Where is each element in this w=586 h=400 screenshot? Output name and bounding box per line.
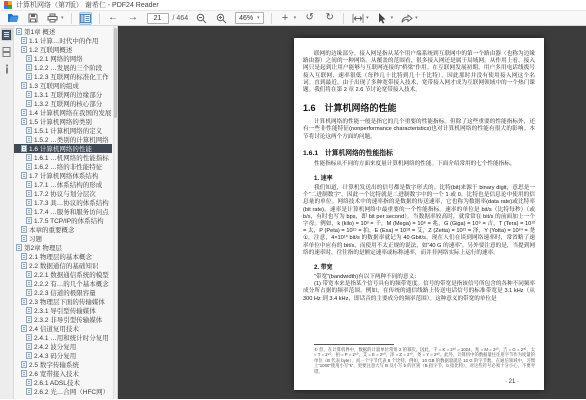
bookmark-page-icon xyxy=(26,388,32,395)
bookmark-item[interactable]: 1.5.1 计算机网络的定义 xyxy=(14,126,112,135)
bookmark-item[interactable]: 1.5 计算机网络的类别 xyxy=(14,117,112,126)
title-bar: 计算机网络（第7版） 谢希仁 - PDF24 Reader xyxy=(0,0,586,11)
bookmark-page-icon xyxy=(21,37,27,44)
open-file-button[interactable] xyxy=(6,12,19,25)
bookmark-page-icon xyxy=(21,361,27,368)
bookmark-label: 1.7.5 TCP/IP的体系结构 xyxy=(34,216,104,225)
bookmarks-sidebar: 第1章 概述 1.1 计算…时代中的作用 1.2 互联网概述 1.2.1 网络的… xyxy=(14,26,118,399)
bookmark-item[interactable]: 1.3.2 互联网的核心部分 xyxy=(14,99,112,108)
bookmark-label: 1.7 计算机网络体系结构 xyxy=(29,171,98,180)
bookmark-list: 第1章 概述 1.1 计算…时代中的作用 1.2 互联网概述 1.2.1 网络的… xyxy=(14,27,112,399)
bookmark-page-icon xyxy=(21,118,27,125)
page-block-para: 联网的边缘部分。接入网是指从某个用户端系统到互联网中的第一个路由器（也称为边缘路… xyxy=(303,51,535,94)
bookmark-label: 2.6.1 ADSL技术 xyxy=(34,378,80,387)
bookmark-label: 2.3.1 导引型传输媒体 xyxy=(34,306,96,315)
pdf-page: 联网的边缘部分。接入网是指从某个用户端系统到互联网中的第一个路由器（也称为边缘路… xyxy=(294,38,544,390)
sidebar-scrollbar[interactable] xyxy=(113,26,117,399)
bookmark-label: 1.4 计算机网络在我国的发展 xyxy=(29,108,111,117)
bookmark-item[interactable]: 第1章 概述 xyxy=(14,27,112,36)
app-logo-icon xyxy=(4,1,12,9)
bookmark-page-icon xyxy=(26,64,32,71)
share-button[interactable] xyxy=(400,12,413,25)
bookmark-page-icon xyxy=(26,199,32,206)
bookmark-item[interactable]: 习题 xyxy=(14,234,112,243)
bookmark-label: 1.3.2 互联网的核心部分 xyxy=(34,99,102,108)
bookmark-item[interactable]: 2.2.3 信道的极限容量 xyxy=(14,288,112,297)
bookmark-page-icon xyxy=(26,154,32,161)
bookmark-label: 1.7.1 …体系结构的形成 xyxy=(34,180,102,189)
bookmark-item[interactable]: 2.4 信道复用技术 xyxy=(14,324,112,333)
bookmark-item[interactable]: 1.7.4 …服务和服务访问点 xyxy=(14,207,112,216)
bookmark-item[interactable]: 1.7.2 协议与划分层次 xyxy=(14,189,112,198)
bookmark-item[interactable]: 1.6 计算机网络的性能 xyxy=(14,144,112,153)
save-button[interactable] xyxy=(26,12,39,25)
bookmark-label: 第1章 概述 xyxy=(24,27,55,36)
bookmark-page-icon xyxy=(21,262,27,269)
bookmark-label: 1.2.2 …发展的三个阶段 xyxy=(34,63,102,72)
bookmark-page-icon xyxy=(26,55,32,62)
bookmark-item[interactable]: 2.6.2 光…合网（HFC网） xyxy=(14,387,112,396)
zoom-level-value: 46% xyxy=(239,15,253,22)
bookmark-item[interactable]: 1.7.1 …体系结构的形成 xyxy=(14,180,112,189)
rotate-right-button[interactable]: ↻ xyxy=(323,12,336,25)
bookmark-item[interactable]: 2.2 数据通信的基础知识 xyxy=(14,261,112,270)
bookmark-page-icon xyxy=(26,163,32,170)
bookmark-page-icon xyxy=(21,145,27,152)
bookmark-item[interactable]: 1.7.5 TCP/IP的体系结构 xyxy=(14,216,112,225)
bookmark-page-icon xyxy=(26,136,32,143)
page-block-para: (1) 带宽本来是指某个信号具有的频带宽度。信号的带宽是指该信号所包含的各种不同… xyxy=(303,281,535,303)
bookmark-page-icon xyxy=(26,190,32,197)
thumbnails-panel-icon[interactable] xyxy=(1,45,13,58)
page-block-para: 性能指标从不同的方面来度量计算机网络的性能。下面介绍常用的七个性能指标。 xyxy=(303,161,535,168)
bookmark-item[interactable]: 1.6.2 …络的非性能特征 xyxy=(14,162,112,171)
print-caret-icon[interactable]: ▾ xyxy=(61,15,64,21)
page-number-input[interactable] xyxy=(147,13,169,24)
page-block-h1: 1.6 计算机网络的性能 xyxy=(303,101,535,114)
bookmark-item[interactable]: 第2章 物理层 xyxy=(14,243,112,252)
bookmark-page-icon xyxy=(26,91,32,98)
rotate-left-button[interactable]: ↺ xyxy=(303,12,316,25)
bookmark-item[interactable]: 2.5 数字传输系统 xyxy=(14,360,112,369)
sidebar-scrollbar-thumb[interactable] xyxy=(114,28,117,118)
zoom-out-icon[interactable] xyxy=(195,12,208,25)
bookmark-label: 本章的重要概念 xyxy=(29,225,75,234)
bookmark-page-icon xyxy=(16,28,22,35)
bookmark-item[interactable]: 2.1 物理层的基本概念 xyxy=(14,252,112,261)
page-total-label: / 464 xyxy=(173,15,189,22)
toolbar: ▾ ← → / 464 46% ▾ + ▾ ↺ ↻ xyxy=(0,11,586,26)
page-block-h3: 2. 带宽 xyxy=(314,262,535,271)
bookmark-label: 1.6.1 …机网络的性能指标 xyxy=(34,153,109,162)
toolbar-separator xyxy=(99,13,100,24)
bookmark-page-icon xyxy=(21,46,27,53)
bookmark-label: 2.6.2 光…合网（HFC网） xyxy=(34,387,109,396)
bookmark-item[interactable]: 2.3 物理层下面的传输媒体 xyxy=(14,297,112,306)
select-tool-caret-icon[interactable]: ▾ xyxy=(391,15,394,21)
toolbar-separator xyxy=(343,13,344,24)
bookmark-item[interactable]: 2.3.2 非导引型传输媒体 xyxy=(14,315,112,324)
print-button[interactable] xyxy=(46,12,59,25)
bookmark-item[interactable]: 2.2.2 有…的几个基本概念 xyxy=(14,279,112,288)
bookmark-item[interactable]: 1.2 互联网概述 xyxy=(14,45,112,54)
bookmark-page-icon xyxy=(21,298,27,305)
document-viewport[interactable]: 联网的边缘部分。接入网是指从某个用户端系统到互联网中的第一个路由器（也称为边缘路… xyxy=(118,26,586,399)
bookmark-page-icon xyxy=(21,109,27,116)
bookmark-label: 2.4.2 波分复用 xyxy=(34,342,76,351)
bookmark-page-icon xyxy=(21,325,27,332)
zoom-level-select[interactable]: 46% ▾ xyxy=(235,12,264,24)
bookmark-page-icon xyxy=(21,172,27,179)
bookmark-page-icon xyxy=(16,244,22,251)
add-annotation-button[interactable]: + xyxy=(279,12,292,25)
page-block-footnote: ① 但，在计算机界中，数据的计量单位常用 2 的幂次。因此，千 = K = 2¹… xyxy=(314,344,535,374)
bookmark-page-icon xyxy=(26,217,32,224)
bookmark-page-icon xyxy=(21,253,27,260)
bookmark-item[interactable]: 2.4.3 码分复用 xyxy=(14,351,112,360)
toolbar-separator xyxy=(71,13,72,24)
bookmark-item[interactable]: 2.3.1 导引型传输媒体 xyxy=(14,306,112,315)
bookmark-page-icon xyxy=(21,235,27,242)
page-block-para: 计算机网络的性能一般是指它的几个重要的性能指标。但除了这些重要的性能指标外，还有… xyxy=(303,119,535,141)
bookmark-label: 2.4.1 …用和统计时分复用 xyxy=(34,333,109,342)
bookmark-item[interactable]: 1.3 互联网的组成 xyxy=(14,81,112,90)
page-block-h3: 1. 速率 xyxy=(314,173,535,182)
bookmark-page-icon xyxy=(26,289,32,296)
bookmark-label: 2.1 物理层的基本概念 xyxy=(29,252,92,261)
app-window: 计算机网络（第7版） 谢希仁 - PDF24 Reader ▾ ← → / 46… xyxy=(0,0,586,400)
bookmark-label: 1.5.2 …类别的计算机网络 xyxy=(34,135,109,144)
next-page-button[interactable]: → xyxy=(127,12,140,25)
bookmark-item[interactable]: 1.1 计算…时代中的作用 xyxy=(14,36,112,45)
bookmark-page-icon xyxy=(26,334,32,341)
bookmark-item[interactable]: 1.3.1 互联网的边缘部分 xyxy=(14,90,112,99)
bookmark-item[interactable]: 1.6.1 …机网络的性能指标 xyxy=(14,153,112,162)
page-content: 联网的边缘部分。接入网是指从某个用户端系统到互联网中的第一个路由器（也称为边缘路… xyxy=(303,51,535,385)
bookmark-page-icon xyxy=(26,352,32,359)
page-block-para: 我们知道，计算机发送出的信号都是数字形式的。比特(bit)来源于 binary … xyxy=(303,185,535,257)
bookmark-item[interactable]: 2.2.1 数据通信系统的模型 xyxy=(14,270,112,279)
bookmark-item[interactable]: 1.2.1 网络的网络 xyxy=(14,54,112,63)
bookmark-item[interactable]: 2.6 宽带接入技术 xyxy=(14,369,112,378)
bookmark-label: 2.2.3 信道的极限容量 xyxy=(34,288,96,297)
bookmark-label: 2.5 数字传输系统 xyxy=(29,360,79,369)
bookmark-label: 2.3.2 非导引型传输媒体 xyxy=(34,315,102,324)
bookmark-label: 1.2 互联网概述 xyxy=(29,45,72,54)
bookmark-label: 1.7.2 协议与划分层次 xyxy=(34,189,96,198)
bookmark-page-icon xyxy=(26,127,32,134)
bookmark-page-icon xyxy=(26,280,32,287)
bookmark-label: 2.4 信道复用技术 xyxy=(29,324,79,333)
bookmark-item[interactable]: 1.4 计算机网络在我国的发展 xyxy=(14,108,112,117)
bookmark-label: 2.2.1 数据通信系统的模型 xyxy=(34,270,109,279)
sidebar-toggle-button[interactable] xyxy=(79,12,92,25)
bookmarks-panel-icon[interactable] xyxy=(1,28,13,41)
bookmark-page-icon xyxy=(26,379,32,386)
zoom-in-icon[interactable] xyxy=(215,12,228,25)
bookmark-page-icon xyxy=(26,307,32,314)
bookmark-label: 2.2.2 有…的几个基本概念 xyxy=(34,279,109,288)
page-block-h2: 1.6.1 计算机网络的性能指标 xyxy=(303,147,535,157)
bookmark-label: 1.2.3 互联网的标准化工作 xyxy=(34,72,109,81)
bookmark-item[interactable]: 2.4.2 波分复用 xyxy=(14,342,112,351)
panel-strip xyxy=(0,26,14,399)
bookmark-page-icon xyxy=(21,226,27,233)
info-panel-icon[interactable] xyxy=(1,62,13,75)
fit-width-button[interactable] xyxy=(351,12,364,25)
bookmark-item[interactable]: 1.5.2 …类别的计算机网络 xyxy=(14,135,112,144)
bookmark-label: 1.2.1 网络的网络 xyxy=(34,54,83,63)
bookmark-page-icon xyxy=(26,208,32,215)
bookmark-label: 2.6 宽带接入技术 xyxy=(29,369,79,378)
bookmark-item[interactable]: 1.2.2 …发展的三个阶段 xyxy=(14,63,112,72)
bookmark-page-icon xyxy=(26,316,32,323)
bookmark-label: 2.3 物理层下面的传输媒体 xyxy=(29,297,105,306)
bookmark-item[interactable]: 2.6.1 ADSL技术 xyxy=(14,378,112,387)
bookmark-label: 1.7.3 具…协议的体系结构 xyxy=(34,198,109,207)
bookmark-item[interactable]: 2.4.1 …用和统计时分复用 xyxy=(14,333,112,342)
select-tool-button[interactable] xyxy=(376,12,389,25)
bookmark-label: 1.6 计算机网络的性能 xyxy=(29,144,92,153)
bookmark-label: 第2章 物理层 xyxy=(24,243,62,252)
page-block-pagenum: · 21 · xyxy=(303,374,535,385)
bookmark-label: 2.4.3 码分复用 xyxy=(34,351,76,360)
bookmark-label: 1.3.1 互联网的边缘部分 xyxy=(34,90,102,99)
bookmark-item[interactable]: 1.7.3 具…协议的体系结构 xyxy=(14,198,112,207)
previous-page-button[interactable]: ← xyxy=(107,12,120,25)
bookmark-label: 1.6.2 …络的非性能特征 xyxy=(34,162,102,171)
share-caret-icon[interactable]: ▾ xyxy=(415,15,418,21)
bookmark-item[interactable]: 本章的重要概念 xyxy=(14,225,112,234)
bookmark-label: 1.1 计算…时代中的作用 xyxy=(29,36,98,45)
bookmark-page-icon xyxy=(26,100,32,107)
main-area: 第1章 概述 1.1 计算…时代中的作用 1.2 互联网概述 1.2.1 网络的… xyxy=(0,26,586,399)
bookmark-page-icon xyxy=(26,181,32,188)
bookmark-item[interactable]: 1.2.3 互联网的标准化工作 xyxy=(14,72,112,81)
bookmark-page-icon xyxy=(21,370,27,377)
window-title: 计算机网络（第7版） 谢希仁 - PDF24 Reader xyxy=(16,0,159,10)
bookmark-item[interactable]: 1.7 计算机网络体系结构 xyxy=(14,171,112,180)
bookmark-page-icon xyxy=(21,82,27,89)
bookmark-label: 习题 xyxy=(29,234,42,243)
bookmark-label: 1.5.1 计算机网络的定义 xyxy=(34,126,102,135)
bookmark-page-icon xyxy=(26,343,32,350)
bookmark-label: 1.7.4 …服务和服务访问点 xyxy=(34,207,109,216)
toolbar-separator xyxy=(271,13,272,24)
bookmark-page-icon xyxy=(26,271,32,278)
zoom-caret-icon: ▾ xyxy=(257,15,260,21)
bookmark-label: 1.5 计算机网络的类别 xyxy=(29,117,92,126)
bookmark-label: 1.3 互联网的组成 xyxy=(29,81,79,90)
bookmark-label: 2.2 数据通信的基础知识 xyxy=(29,261,98,270)
add-caret-icon[interactable]: ▾ xyxy=(294,15,297,21)
fit-caret-icon[interactable]: ▾ xyxy=(366,15,369,21)
bookmark-page-icon xyxy=(26,73,32,80)
